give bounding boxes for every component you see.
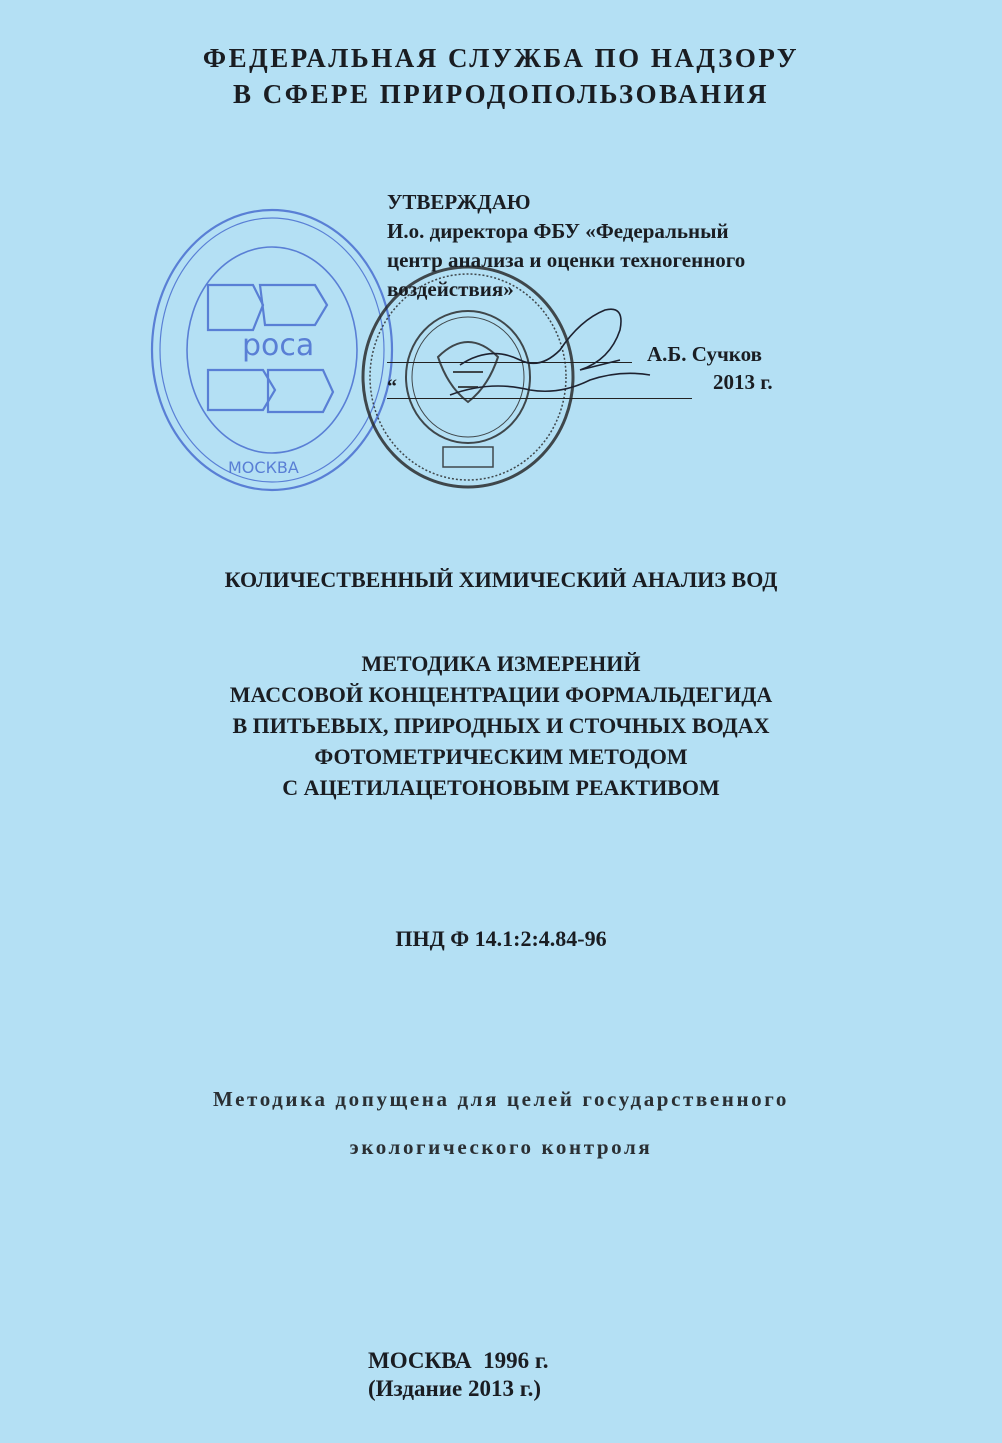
permit-line-1: Методика допущена для целей государствен… [0,1075,1002,1123]
publication-info: МОСКВА 1996 г. (Издание 2013 г.) [368,1347,549,1403]
title-line: ФОТОМЕТРИЧЕСКИМ МЕТОДОМ [0,741,1002,772]
agency-header: ФЕДЕРАЛЬНАЯ СЛУЖБА ПО НАДЗОРУ В СФЕРЕ ПР… [0,40,1002,112]
approval-line-1: И.о. директора ФБУ «Федеральный [387,217,745,246]
approval-block: УТВЕРЖДАЮ И.о. директора ФБУ «Федеральны… [387,188,745,304]
stamp-logo-text: росa [242,328,314,363]
title-line: В ПИТЬЕВЫХ, ПРИРОДНЫХ И СТОЧНЫХ ВОДАХ [0,710,1002,741]
title-line: С АЦЕТИЛАЦЕТОНОВЫМ РЕАКТИВОМ [0,772,1002,803]
agency-line-1: ФЕДЕРАЛЬНАЯ СЛУЖБА ПО НАДЗОРУ [0,40,1002,76]
approval-line-2: центр анализа и оценки техногенного [387,246,745,275]
permit-line-2: экологического контроля [0,1123,1002,1171]
approval-heading: УТВЕРЖДАЮ [387,188,745,217]
handwritten-signature [440,295,710,415]
document-title: МЕТОДИКА ИЗМЕРЕНИЙ МАССОВОЙ КОНЦЕНТРАЦИИ… [0,648,1002,803]
place-year: МОСКВА 1996 г. [368,1347,549,1375]
document-code: ПНД Ф 14.1:2:4.84-96 [0,926,1002,952]
title-line: МАССОВОЙ КОНЦЕНТРАЦИИ ФОРМАЛЬДЕГИДА [0,679,1002,710]
edition: (Издание 2013 г.) [368,1375,549,1403]
permit-note: Методика допущена для целей государствен… [0,1075,1002,1171]
title-line: МЕТОДИКА ИЗМЕРЕНИЙ [0,648,1002,679]
approval-year: 2013 г. [713,370,773,395]
date-quote-mark: “ [387,376,397,399]
svg-text:МОСКВА: МОСКВА [228,458,299,477]
document-category: КОЛИЧЕСТВЕННЫЙ ХИМИЧЕСКИЙ АНАЛИЗ ВОД [0,567,1002,593]
agency-line-2: В СФЕРЕ ПРИРОДОПОЛЬЗОВАНИЯ [0,76,1002,112]
